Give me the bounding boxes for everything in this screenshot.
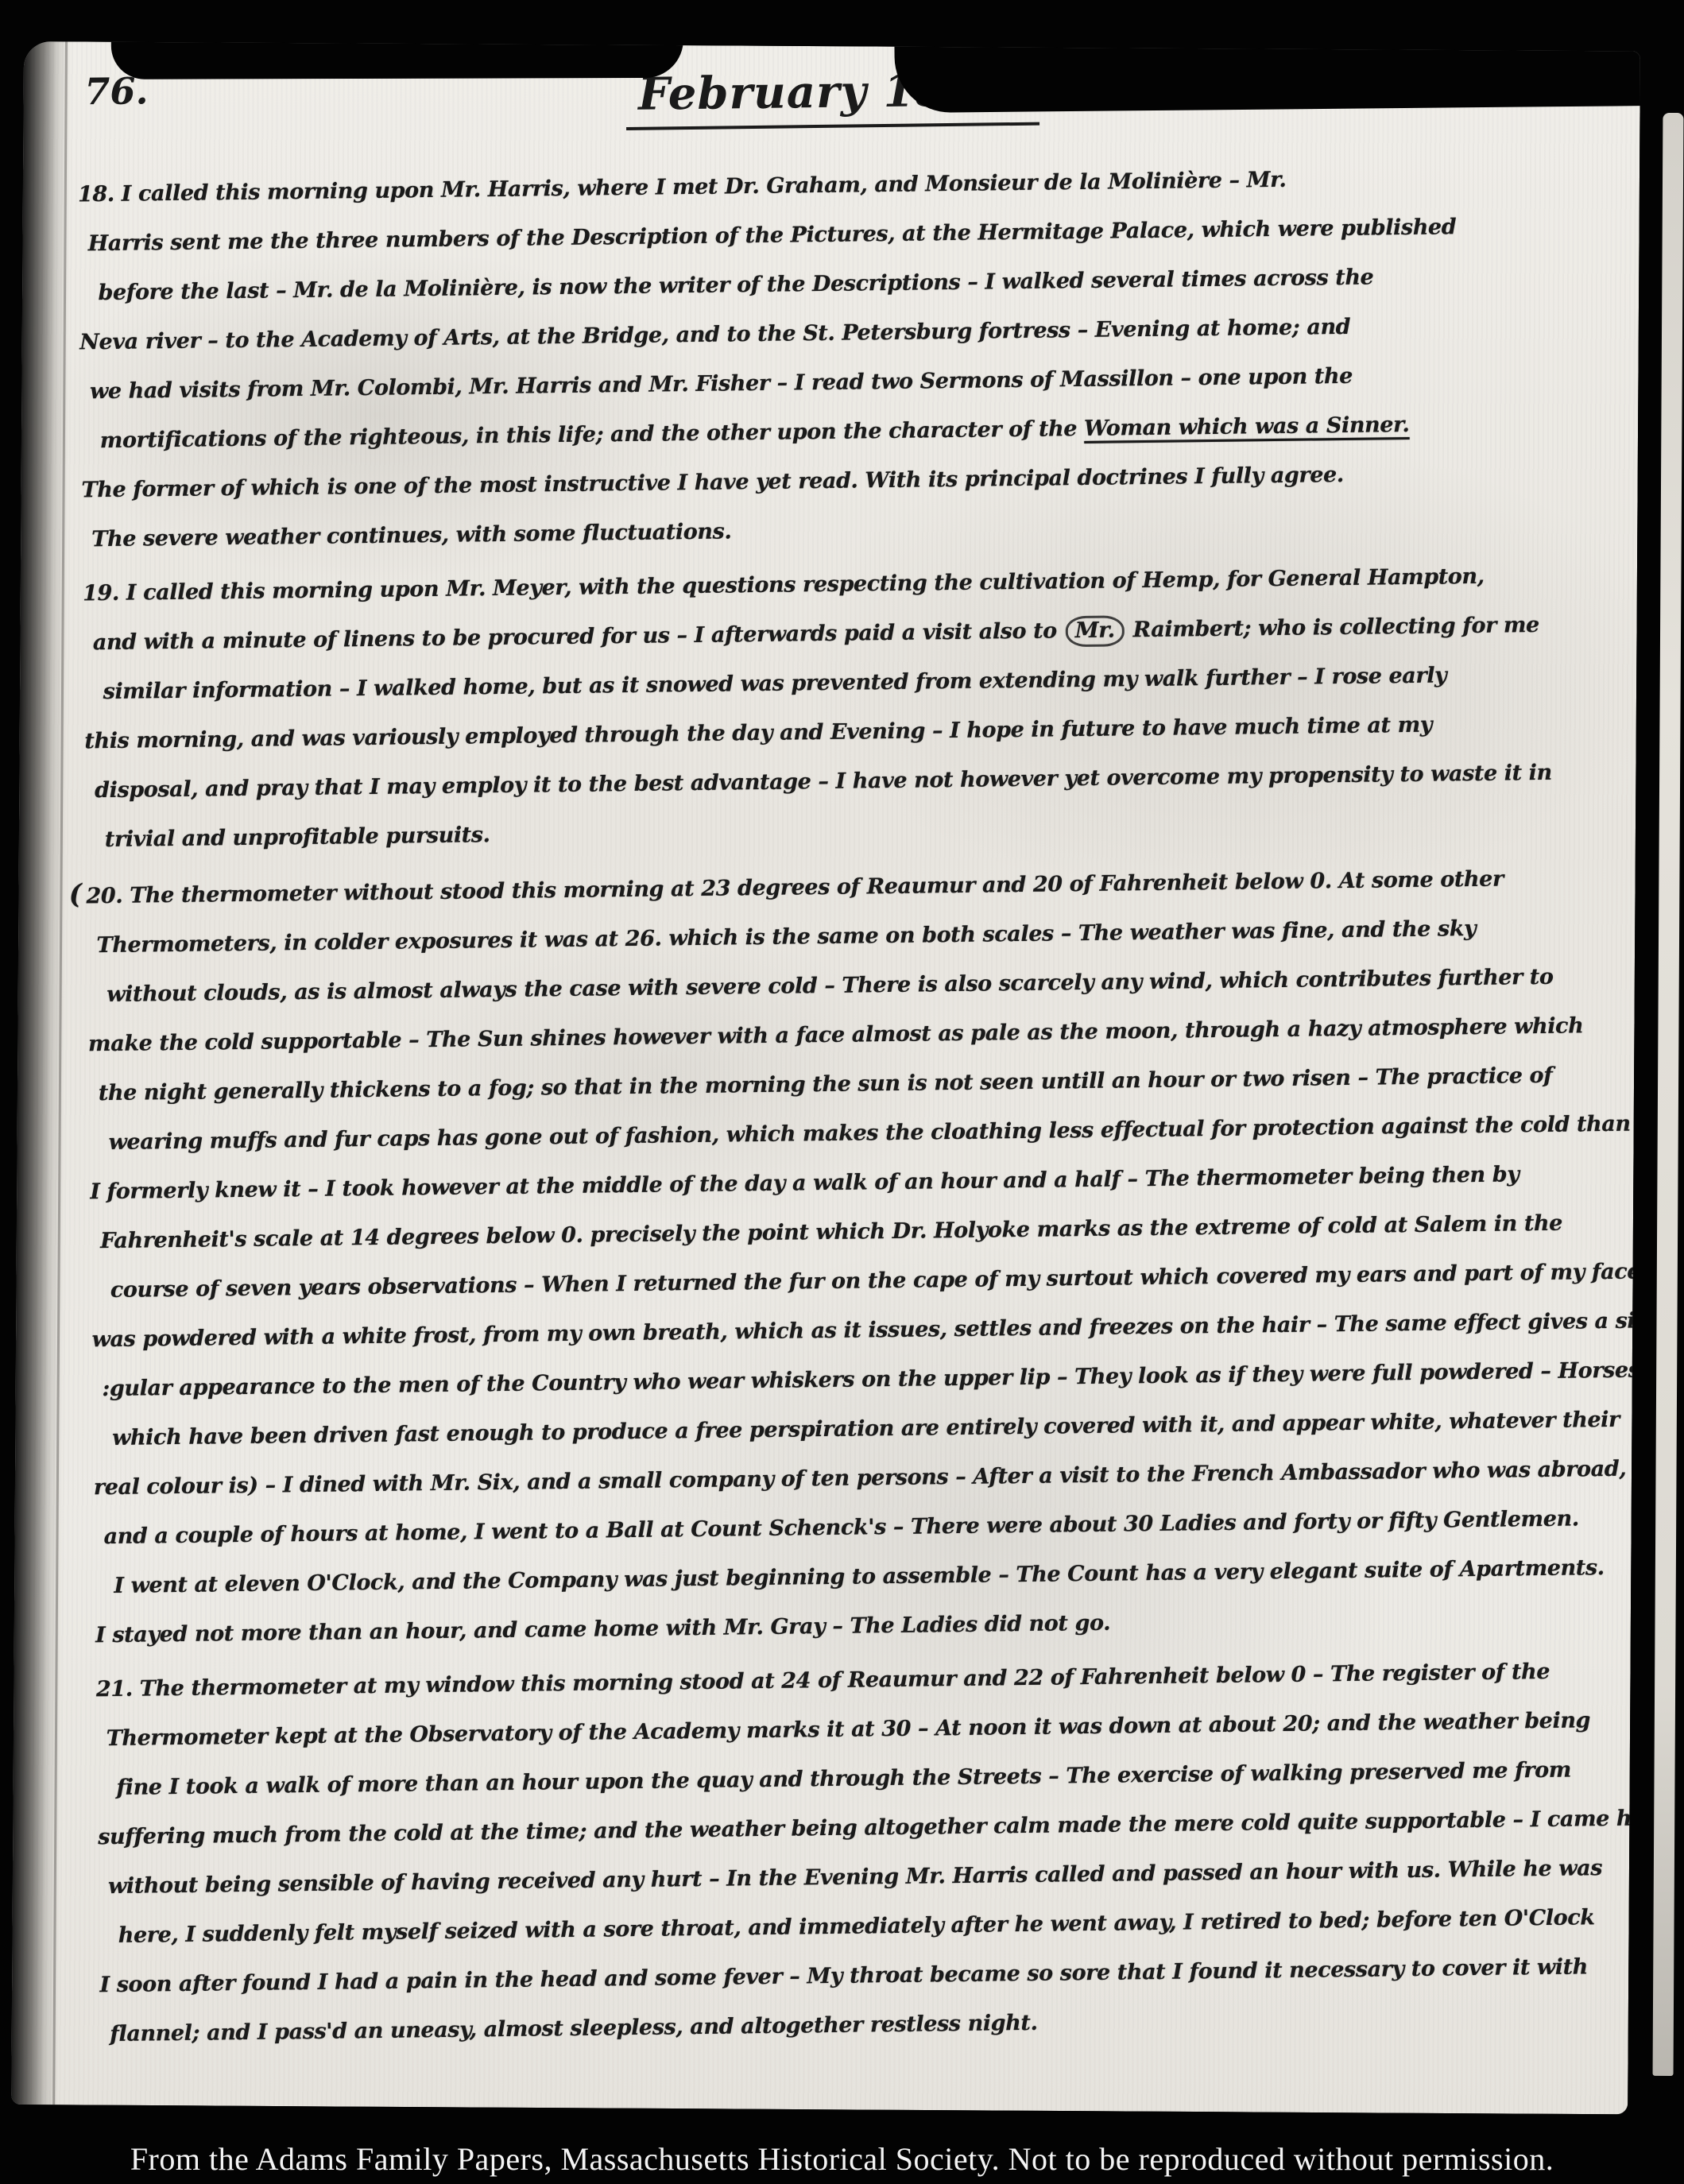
archive-caption: From the Adams Family Papers, Massachuse…: [0, 2140, 1684, 2178]
film-edge-shadow-top-right: [894, 41, 1640, 113]
margin-paren-mark: (: [68, 869, 81, 919]
diary-entry: 21. The thermometer at my window this mo…: [96, 1647, 1612, 2059]
binding-shadow: [11, 41, 72, 2105]
film-edge-shadow-top-left: [111, 41, 683, 79]
manuscript-content: 76. February 1810. 18. I called this mor…: [76, 41, 1612, 2064]
underlined-phrase: Woman which was a Sinner.: [1084, 412, 1410, 441]
diary-entry: 18. I called this morning upon Mr. Harri…: [78, 152, 1594, 564]
diary-entry: 19. I called this morning upon Mr. Meyer…: [83, 551, 1597, 865]
circled-annotation: Mr.: [1066, 615, 1125, 647]
diary-entry: (20. The thermometer without stood this …: [86, 851, 1607, 1660]
manuscript-body: 18. I called this morning upon Mr. Harri…: [78, 152, 1612, 2059]
next-page-edge: [1653, 113, 1684, 2076]
manuscript-page: 76. February 1810. 18. I called this mor…: [11, 41, 1640, 2114]
